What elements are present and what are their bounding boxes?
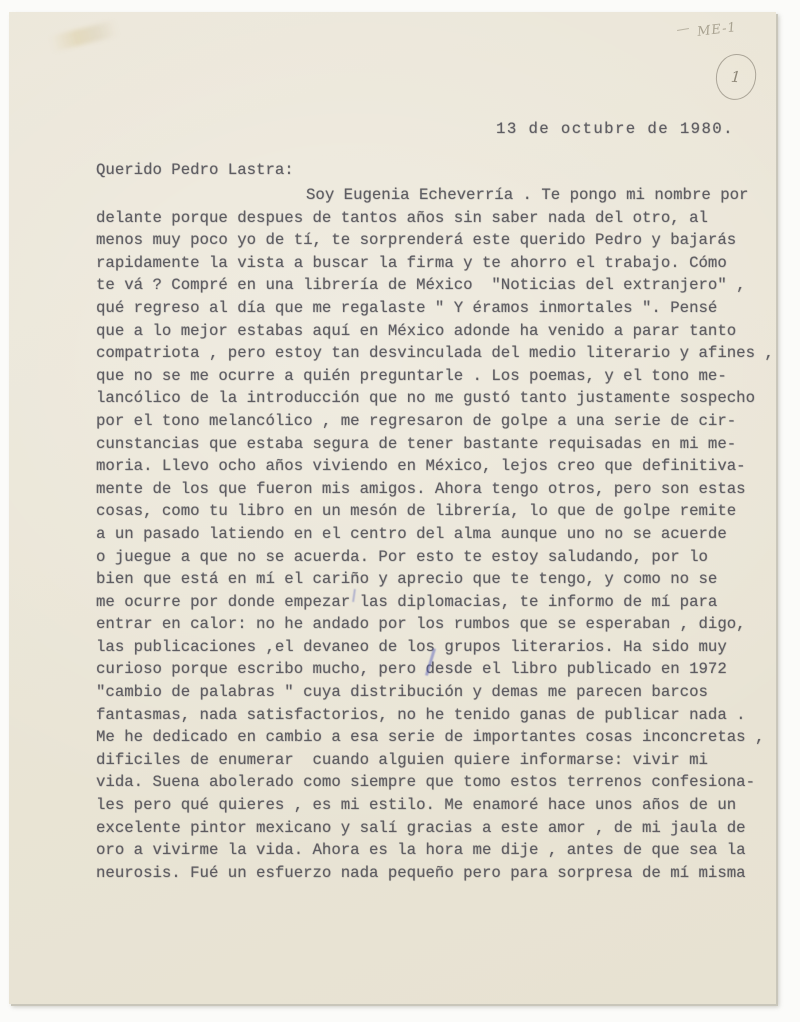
letter-line: Me he dedicado en cambio a esa serie de … [96, 726, 786, 749]
circled-page-number: 1 [713, 51, 759, 102]
letter-line: dificiles de enumerar cuando alguien qui… [96, 749, 786, 772]
letter-line: fantasmas, nada satisfactorios, no he te… [96, 704, 786, 727]
letter-page: ME-1 1 13 de octubre de 1980. Querido Pe… [9, 12, 776, 1004]
letter-line: te vá ? Compré en una librería de México… [96, 274, 786, 297]
letter-line: neurosis. Fué un esfuerzo nada pequeño p… [96, 862, 786, 885]
letter-line: delante porque despues de tantos años si… [96, 207, 786, 230]
letter-line: excelente pintor mexicano y salí gracias… [96, 817, 786, 840]
letter-line: cosas, como tu libro en un mesón de libr… [96, 500, 786, 523]
letter-line: "cambio de palabras " cuya distribución … [96, 681, 786, 704]
paper-smudge-mark [49, 20, 119, 52]
letter-line: vida. Suena abolerado como siempre que t… [96, 771, 786, 794]
letter-line: moria. Llevo ocho años viviendo en Méxic… [96, 455, 786, 478]
letter-line: que no se me ocurre a quién preguntarle … [96, 365, 786, 388]
letter-line: por el tono melancólico , me regresaron … [96, 410, 786, 433]
letter-line: cunstancias que estaba segura de tener b… [96, 433, 786, 456]
letter-line: rapidamente la vista a buscar la firma y… [96, 252, 786, 275]
letter-line: o juegue a que no se acuerda. Por esto t… [96, 546, 786, 569]
scanned-letter: ME-1 1 13 de octubre de 1980. Querido Pe… [0, 0, 800, 1022]
page-number-text: 1 [731, 68, 742, 87]
letter-line: bien que está en mí el cariño y aprecio … [96, 568, 786, 591]
letter-line: menos muy poco yo de tí, te sorprenderá … [96, 229, 786, 252]
letter-line: les pero qué quieres , es mi estilo. Me … [96, 794, 786, 817]
archive-code-annotation: ME-1 [696, 15, 777, 40]
pencil-dash-mark [677, 28, 689, 31]
letter-line: lancólico de la introducción que no me g… [96, 387, 786, 410]
letter-line: a un pasado latiendo en el centro del al… [96, 523, 786, 546]
letter-line: las publicaciones ,el devaneo de los gru… [96, 636, 786, 659]
letter-line: compatriota , pero estoy tan desvinculad… [96, 342, 786, 365]
letter-line: que a lo mejor estabas aquí en México ad… [96, 320, 786, 343]
letter-line: oro a vivirme la vida. Ahora es la hora … [96, 839, 786, 862]
letter-line: entrar en calor: no he andado por los ru… [96, 613, 786, 636]
letter-line: curioso porque escribo mucho, pero desde… [96, 658, 786, 681]
letter-line: mente de los que fueron mis amigos. Ahor… [96, 478, 786, 501]
letter-body: Soy Eugenia Echeverría . Te pongo mi nom… [96, 184, 786, 884]
letter-line: qué regreso al día que me regalaste " Y … [96, 297, 786, 320]
letter-line: Soy Eugenia Echeverría . Te pongo mi nom… [96, 184, 786, 207]
letter-salutation: Querido Pedro Lastra: [96, 161, 294, 179]
letter-date: 13 de octubre de 1980. [496, 120, 734, 138]
letter-line: me ocurre por donde empezar las diplomac… [96, 591, 786, 614]
